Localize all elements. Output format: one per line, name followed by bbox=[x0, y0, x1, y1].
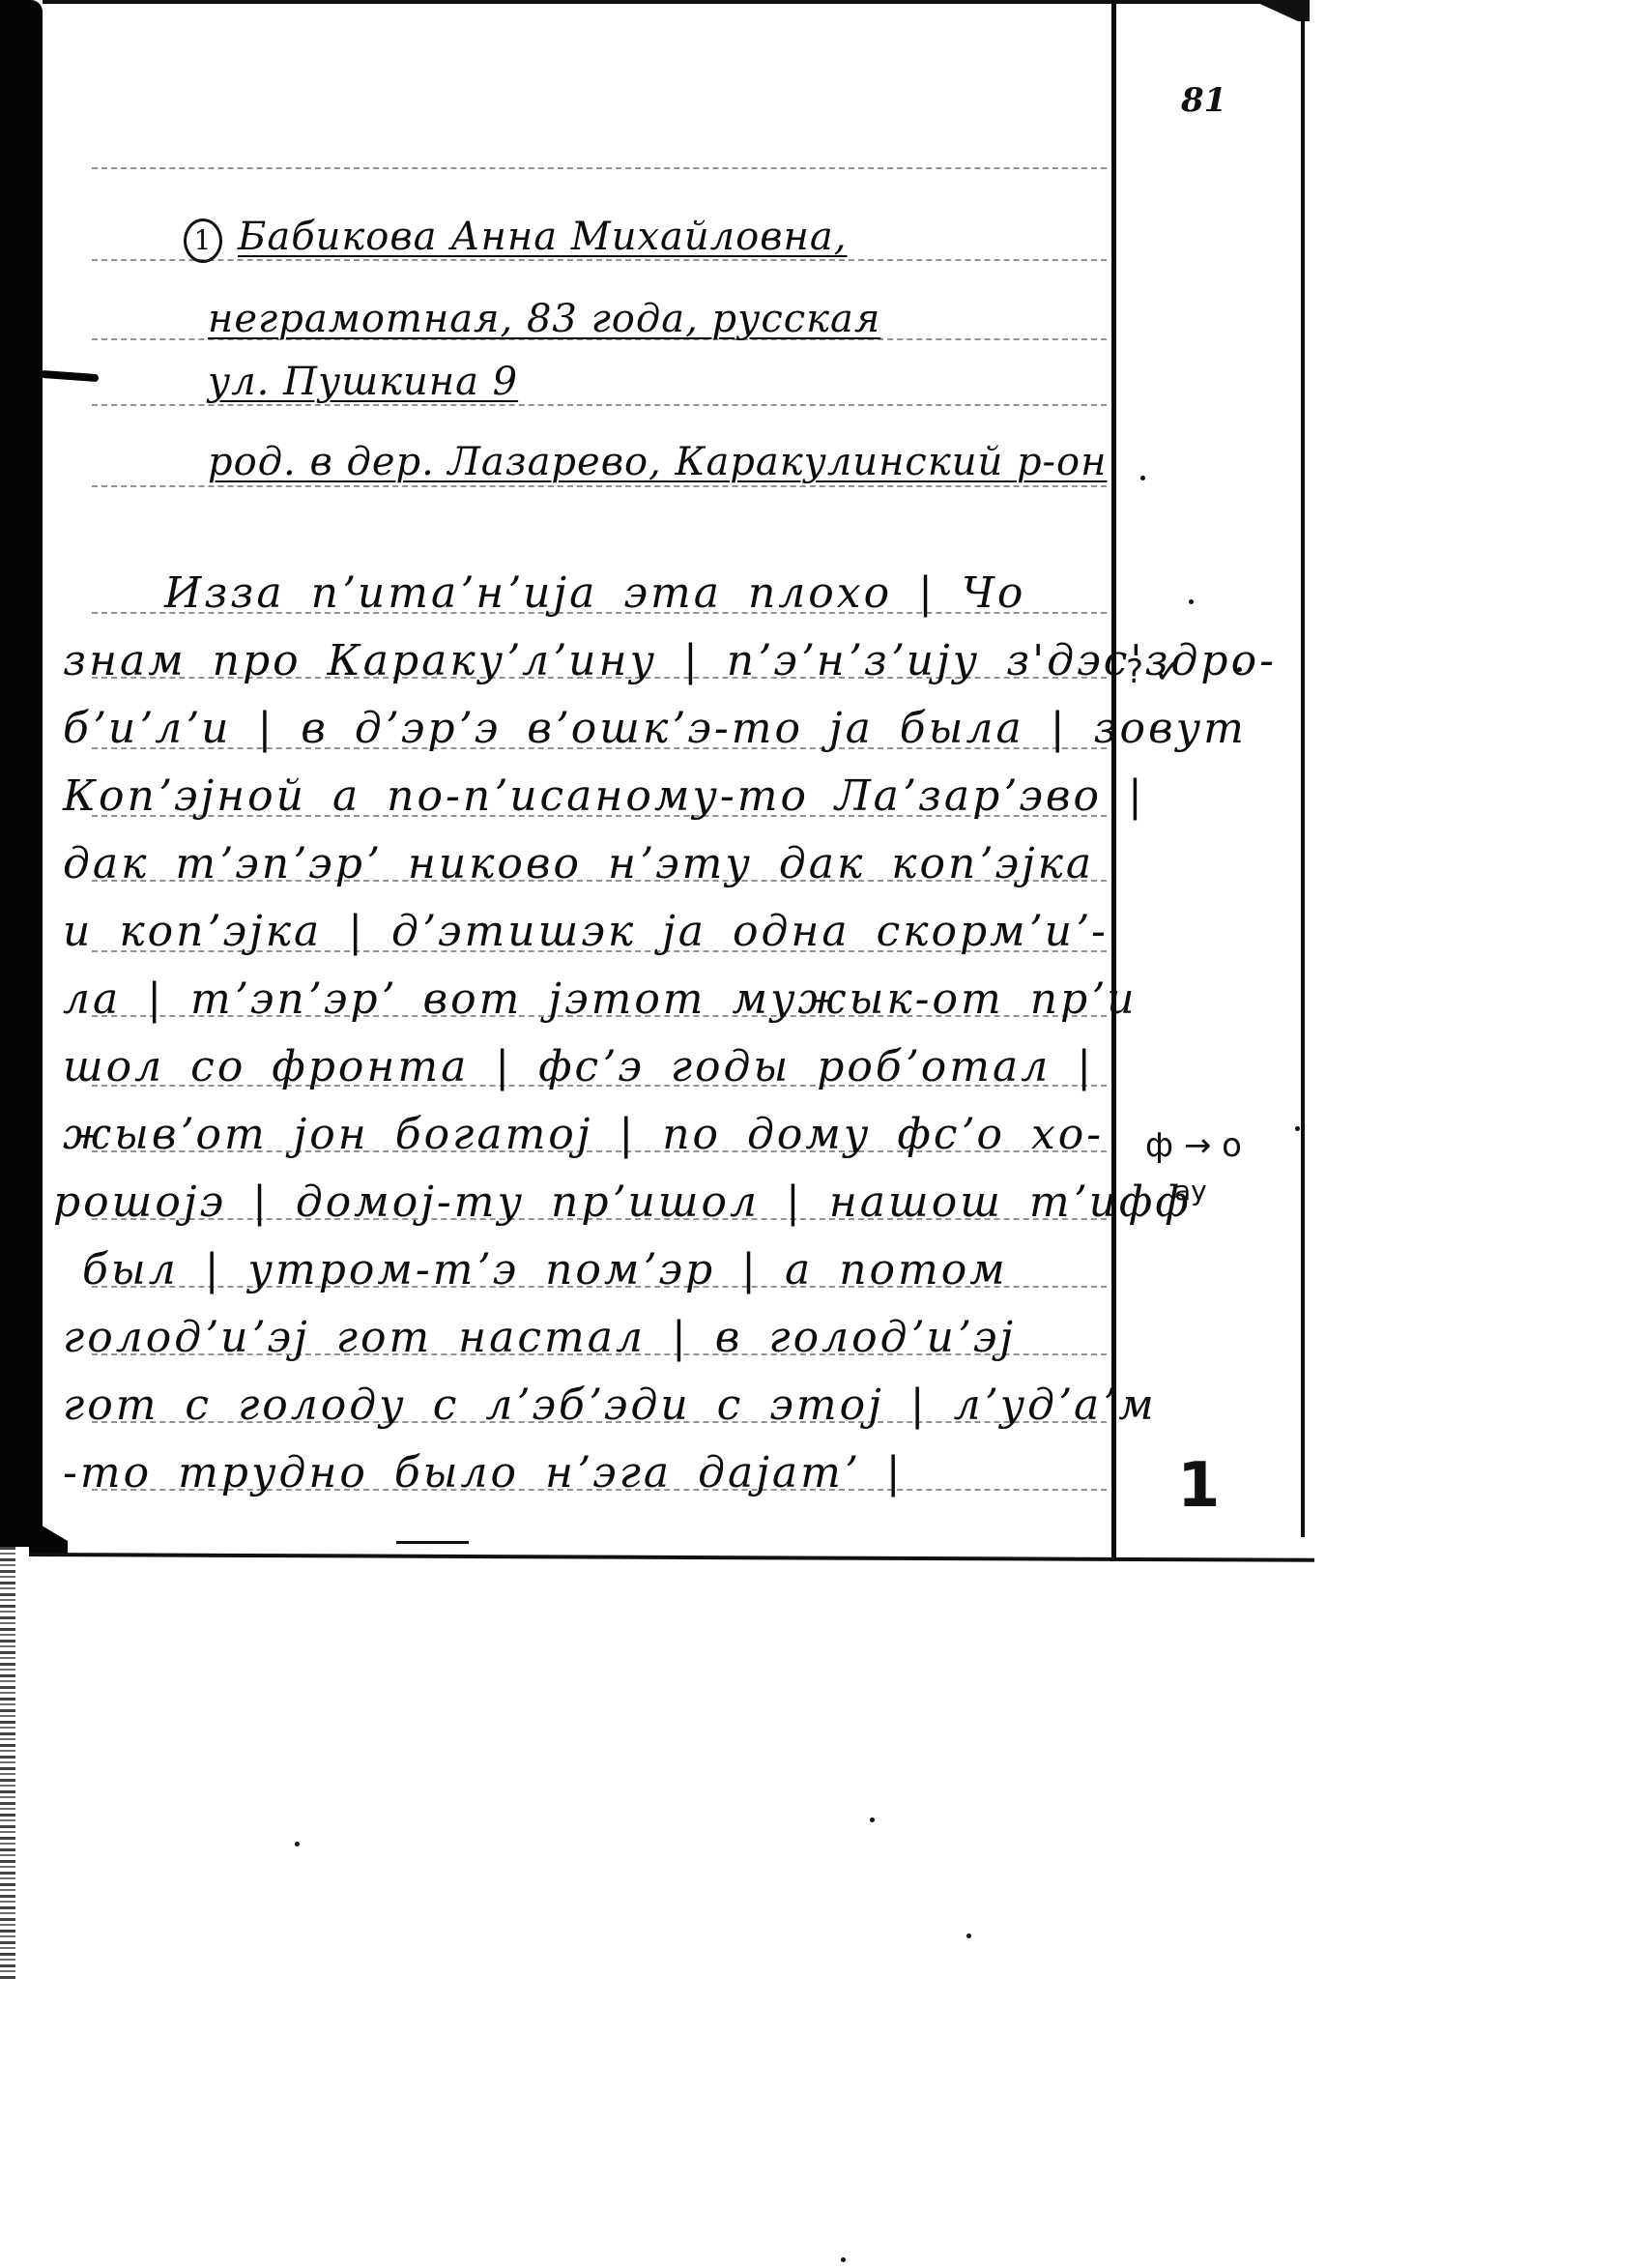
entry-number-circled: 1 bbox=[184, 218, 222, 263]
transcription-line: дак тʼэпʼэрʼ никово нʼэту дак копʼэjка bbox=[63, 839, 1094, 888]
ruled-line bbox=[92, 404, 1107, 406]
margin-question-note: ? ✓ bbox=[1126, 653, 1181, 691]
transcription-line: ла | тʼэпʼэрʼ вот jэтот мужык-от прʼи bbox=[63, 974, 1138, 1024]
binding-corner bbox=[29, 1518, 68, 1556]
scan-dot bbox=[295, 1842, 300, 1846]
scan-dot bbox=[966, 1934, 971, 1938]
word-underline bbox=[396, 1541, 469, 1544]
informant-birthplace-line: род. в дер. Лазарево, Каракулинский р-он bbox=[208, 440, 1108, 484]
page-number-mark: 81 bbox=[1181, 81, 1226, 120]
transcription-line: -то трудно было нʼэга даjатʼ | bbox=[63, 1448, 904, 1497]
binding-notch bbox=[41, 370, 99, 382]
margin-sheet-number: 1 bbox=[1177, 1450, 1221, 1522]
page-bottom-edge bbox=[29, 1553, 1314, 1562]
scan-dot bbox=[1237, 667, 1242, 672]
scan-dot bbox=[1295, 1126, 1300, 1131]
transcription-line: жывʼот jон богатоj | по дому фсʼо хо- bbox=[63, 1110, 1104, 1159]
scan-dot bbox=[841, 2257, 846, 2262]
margin-correction-note: ф → о bbox=[1145, 1126, 1242, 1165]
informant-name-line: 1Бабикова Анна Михайловна, bbox=[184, 215, 847, 263]
ruled-line bbox=[92, 167, 1107, 169]
scan-dot bbox=[870, 1817, 875, 1822]
margin-correction-note-2: ау bbox=[1174, 1175, 1207, 1207]
page-right-edge bbox=[1301, 0, 1305, 1537]
scanned-page: 81 1Бабикова Анна Михайловна, неграмотна… bbox=[0, 0, 1643, 2268]
transcription-line: бʼиʼлʼи | в дʼэрʼэ вʼошкʼэ-то jа была | … bbox=[63, 704, 1247, 753]
informant-name: Бабикова Анна Михайловна, bbox=[238, 215, 847, 259]
transcription-line: Изза пʼитаʼнʼиjа эта плохо | Чо bbox=[164, 568, 1025, 618]
transcription-line: Копʼэjной а по-пʼисаному-то Лаʼзарʼэво | bbox=[63, 771, 1145, 821]
transcription-line: рошоjэ | домоj-ту прʼишол | нашош тʼифф bbox=[53, 1178, 1192, 1227]
scan-dot bbox=[1140, 476, 1145, 480]
scan-noise-strip bbox=[0, 1547, 15, 1982]
informant-info-line: неграмотная, 83 года, русская bbox=[208, 297, 880, 341]
transcription-line: был | утром-тʼэ помʼэр | а потом bbox=[82, 1245, 1008, 1294]
page-top-edge bbox=[43, 0, 1309, 4]
binding-shadow-edge bbox=[0, 0, 43, 1547]
ruled-line bbox=[92, 485, 1107, 487]
transcription-line: шол со фронта | фсʼэ годы робʼотал | bbox=[63, 1042, 1094, 1091]
transcription-line: и копʼэjка | дʼэтишэк jа одна скормʼиʼ- bbox=[63, 907, 1109, 956]
transcription-line: знам про Каракуʼлʼину | пʼэʼнʼзʼиjу з'дэ… bbox=[63, 636, 1277, 685]
transcription-line: гот с голоду с лʼэбʼэди с этоj | лʼудʼаʼ… bbox=[63, 1381, 1157, 1430]
transcription-line: голодʼиʼэj гот настал | в голодʼиʼэj bbox=[63, 1313, 1016, 1362]
informant-address-line: ул. Пушкина 9 bbox=[208, 360, 518, 404]
scan-dot bbox=[1189, 599, 1194, 604]
